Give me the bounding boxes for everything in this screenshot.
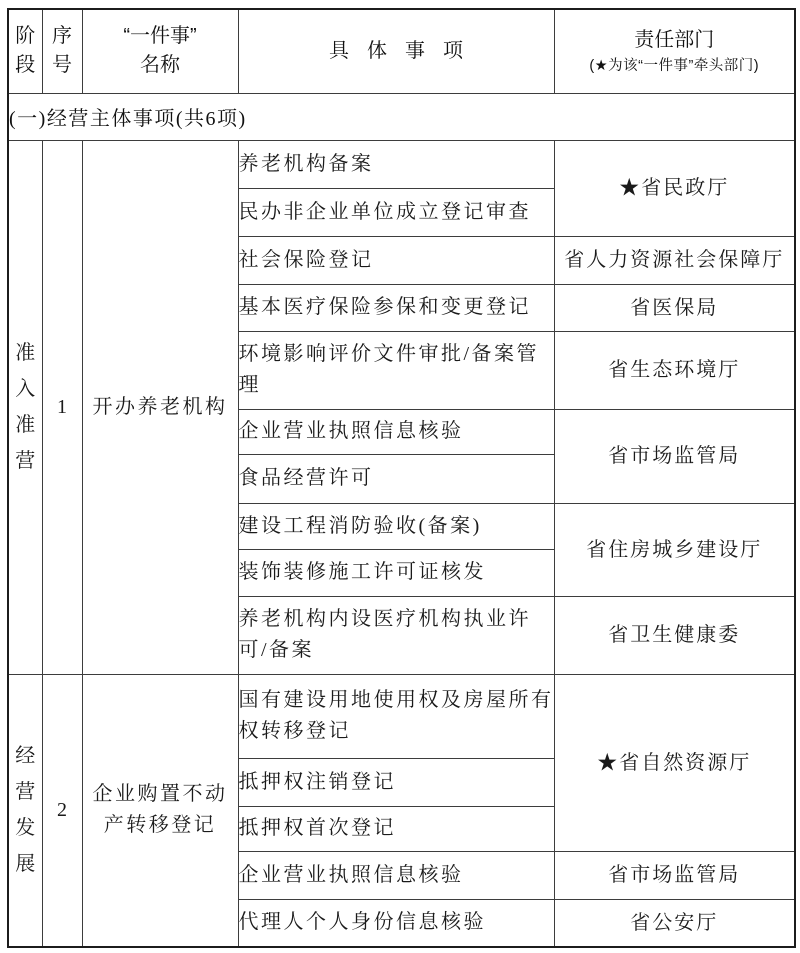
header-name-line2: 名称	[83, 51, 238, 80]
header-cell-serial: 序号	[42, 9, 82, 93]
name-cell-1: 开办养老机构	[82, 140, 238, 674]
dept-cell: 省医保局	[554, 284, 795, 331]
dept-cell: 省住房城乡建设厅	[554, 503, 795, 596]
item-cell: 民办非企业单位成立登记审查	[238, 188, 554, 236]
item-cell: 代理人个人身份信息核验	[238, 899, 554, 947]
header-cell-name: “一件事” 名称	[82, 9, 238, 93]
dept-cell: ★省自然资源厅	[554, 674, 795, 851]
section-title: (一)经营主体事项(共6项)	[8, 93, 795, 140]
item-cell: 抵押权注销登记	[238, 758, 554, 806]
item-cell: 社会保险登记	[238, 236, 554, 284]
header-dept-note: (★为该“一件事”牵头部门)	[555, 57, 795, 77]
item-cell: 抵押权首次登记	[238, 806, 554, 851]
item-cell: 环境影响评价文件审批/备案管理	[238, 331, 554, 409]
section-row: (一)经营主体事项(共6项)	[8, 93, 795, 140]
dept-cell: 省人力资源社会保障厅	[554, 236, 795, 284]
item-cell: 基本医疗保险参保和变更登记	[238, 284, 554, 331]
dept-cell: 省市场监管局	[554, 851, 795, 899]
one-thing-matrix-table: 阶段 序号 “一件事” 名称 具体事项 责任部门 (★为该“一件事”牵头部门) …	[7, 8, 796, 948]
dept-cell: 省公安厅	[554, 899, 795, 947]
table-header-row: 阶段 序号 “一件事” 名称 具体事项 责任部门 (★为该“一件事”牵头部门)	[8, 9, 795, 93]
header-cell-stage: 阶段	[8, 9, 42, 93]
dept-cell: 省生态环境厅	[554, 331, 795, 409]
header-cell-dept: 责任部门 (★为该“一件事”牵头部门)	[554, 9, 795, 93]
item-cell: 国有建设用地使用权及房屋所有权转移登记	[238, 674, 554, 758]
name-cell-2: 企业购置不动产转移登记	[82, 674, 238, 947]
header-dept-title: 责任部门	[555, 26, 795, 55]
item-cell: 装饰装修施工许可证核发	[238, 549, 554, 596]
item-cell: 养老机构备案	[238, 140, 554, 188]
table-row: 经营发展 2 企业购置不动产转移登记 国有建设用地使用权及房屋所有权转移登记 ★…	[8, 674, 795, 758]
item-cell: 养老机构内设医疗机构执业许可/备案	[238, 596, 554, 674]
header-name-line1: “一件事”	[83, 22, 238, 51]
serial-cell-1: 1	[42, 140, 82, 674]
dept-cell: ★省民政厅	[554, 140, 795, 236]
header-cell-items: 具体事项	[238, 9, 554, 93]
document-page: 阶段 序号 “一件事” 名称 具体事项 责任部门 (★为该“一件事”牵头部门) …	[0, 0, 800, 953]
dept-cell: 省市场监管局	[554, 409, 795, 503]
table-row: 准入准营 1 开办养老机构 养老机构备案 ★省民政厅	[8, 140, 795, 188]
item-cell: 建设工程消防验收(备案)	[238, 503, 554, 549]
serial-cell-2: 2	[42, 674, 82, 947]
dept-cell: 省卫生健康委	[554, 596, 795, 674]
stage-cell-1: 准入准营	[8, 140, 42, 674]
item-cell: 食品经营许可	[238, 454, 554, 503]
item-cell: 企业营业执照信息核验	[238, 409, 554, 454]
stage-cell-2: 经营发展	[8, 674, 42, 947]
item-cell: 企业营业执照信息核验	[238, 851, 554, 899]
